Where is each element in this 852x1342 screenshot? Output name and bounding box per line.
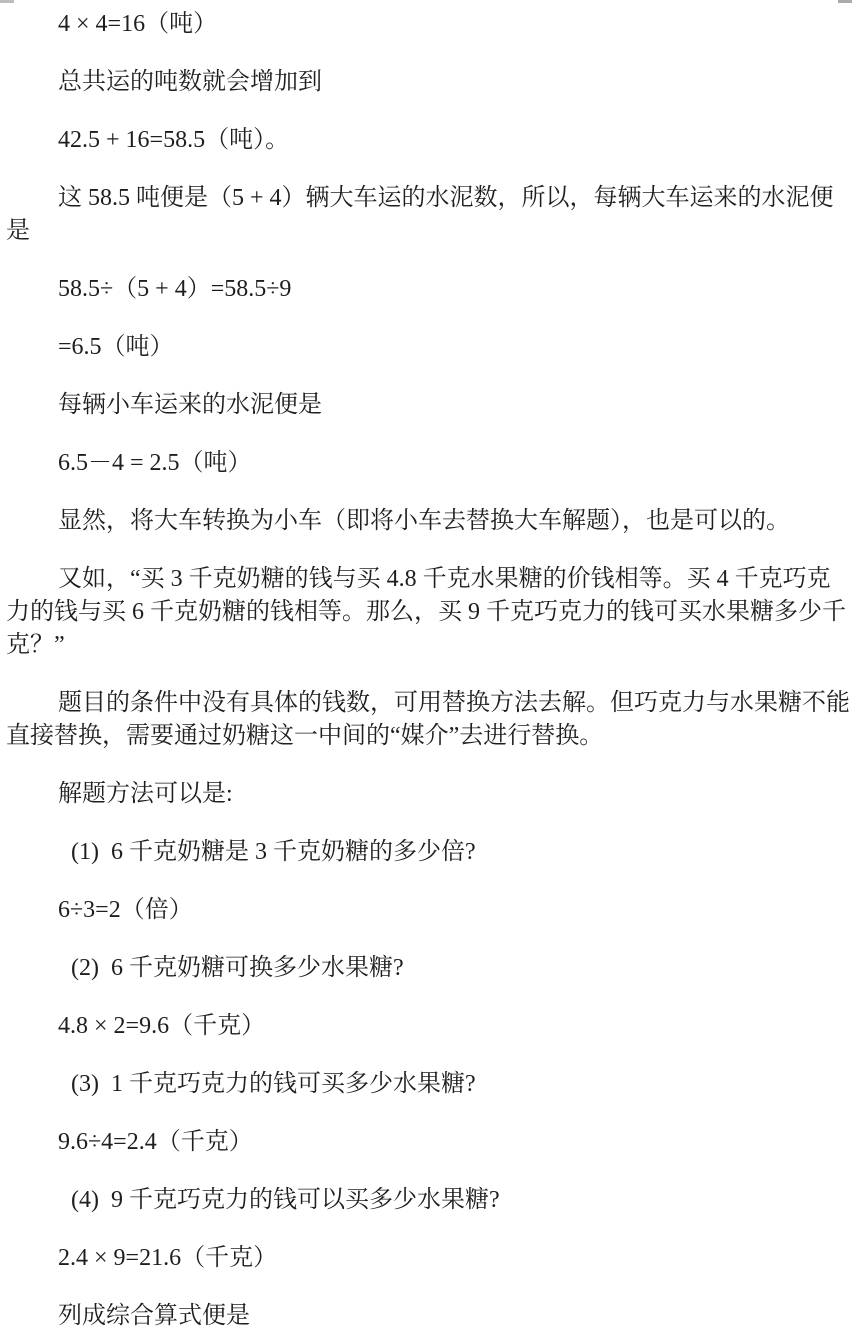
text-paragraph: 解题方法可以是: [6, 778, 846, 811]
text-line: 列成综合算式便是 [6, 1300, 846, 1333]
scan-artifact-right [838, 0, 852, 3]
formula-line: 4.8 × 2=9.6（千克） [6, 1010, 846, 1043]
text-paragraph: 显然，将大车转换为小车（即将小车去替换大车解题），也是可以的。 [6, 505, 846, 538]
formula-line: 4 × 4=16（吨） [6, 8, 846, 41]
formula-line: 2.4 × 9=21.6（千克） [6, 1242, 846, 1275]
enum-question: (2) 6 千克奶糖可换多少水果糖? [6, 952, 846, 985]
formula-line: =6.5（吨） [6, 331, 846, 364]
text-line: 是 [6, 215, 846, 248]
text-line: (1) 6 千克奶糖是 3 千克奶糖的多少倍? [6, 836, 846, 869]
document-page: { "page": { "background_color": "#ffffff… [0, 0, 852, 1342]
formula-line: 58.5÷（5 + 4）=58.5÷9 [6, 273, 846, 306]
enum-question: (4) 9 千克巧克力的钱可以买多少水果糖? [6, 1184, 846, 1217]
formula-line: 9.6÷4=2.4（千克） [6, 1126, 846, 1159]
text-line: (3) 1 千克巧克力的钱可买多少水果糖? [6, 1068, 846, 1101]
text-line: 6.5－4 = 2.5（吨） [6, 447, 846, 480]
text-line: 2.4 × 9=21.6（千克） [6, 1242, 846, 1275]
text-line: 直接替换，需要通过奶糖这一中间的“媒介”去进行替换。 [6, 720, 846, 753]
text-line: 克？” [6, 629, 846, 662]
text-line: 这 58.5 吨便是（5 + 4）辆大车运的水泥数，所以，每辆大车运来的水泥便 [6, 182, 846, 215]
text-paragraph: 题目的条件中没有具体的钱数，可用替换方法去解。但巧克力与水果糖不能直接替换，需要… [6, 687, 846, 753]
page-content: 4 × 4=16（吨）总共运的吨数就会增加到42.5 + 16=58.5（吨）。… [0, 0, 852, 1342]
text-line: (2) 6 千克奶糖可换多少水果糖? [6, 952, 846, 985]
text-line: 42.5 + 16=58.5（吨）。 [6, 124, 846, 157]
text-paragraph: 总共运的吨数就会增加到 [6, 66, 846, 99]
text-paragraph: 这 58.5 吨便是（5 + 4）辆大车运的水泥数，所以，每辆大车运来的水泥便是 [6, 182, 846, 248]
enum-question: (1) 6 千克奶糖是 3 千克奶糖的多少倍? [6, 836, 846, 869]
text-line: 6÷3=2（倍） [6, 894, 846, 927]
text-line: =6.5（吨） [6, 331, 846, 364]
text-paragraph: 列成综合算式便是 [6, 1300, 846, 1333]
text-paragraph: 每辆小车运来的水泥便是 [6, 389, 846, 422]
text-line: 解题方法可以是: [6, 778, 846, 811]
scan-artifact-left [0, 0, 14, 3]
text-line: 每辆小车运来的水泥便是 [6, 389, 846, 422]
text-line: 4.8 × 2=9.6（千克） [6, 1010, 846, 1043]
text-paragraph: 又如，“买 3 千克奶糖的钱与买 4.8 千克水果糖的价钱相等。买 4 千克巧克… [6, 563, 846, 662]
formula-line: 42.5 + 16=58.5（吨）。 [6, 124, 846, 157]
text-line: 4 × 4=16（吨） [6, 8, 846, 41]
text-line: 总共运的吨数就会增加到 [6, 66, 846, 99]
text-line: 又如，“买 3 千克奶糖的钱与买 4.8 千克水果糖的价钱相等。买 4 千克巧克 [6, 563, 846, 596]
text-line: 9.6÷4=2.4（千克） [6, 1126, 846, 1159]
text-line: 题目的条件中没有具体的钱数，可用替换方法去解。但巧克力与水果糖不能 [6, 687, 846, 720]
enum-question: (3) 1 千克巧克力的钱可买多少水果糖? [6, 1068, 846, 1101]
formula-line: 6.5－4 = 2.5（吨） [6, 447, 846, 480]
text-line: 58.5÷（5 + 4）=58.5÷9 [6, 273, 846, 306]
text-line: 力的钱与买 6 千克奶糖的钱相等。那么，买 9 千克巧克力的钱可买水果糖多少千 [6, 596, 846, 629]
text-line: 显然，将大车转换为小车（即将小车去替换大车解题），也是可以的。 [6, 505, 846, 538]
text-line: (4) 9 千克巧克力的钱可以买多少水果糖? [6, 1184, 846, 1217]
formula-line: 6÷3=2（倍） [6, 894, 846, 927]
